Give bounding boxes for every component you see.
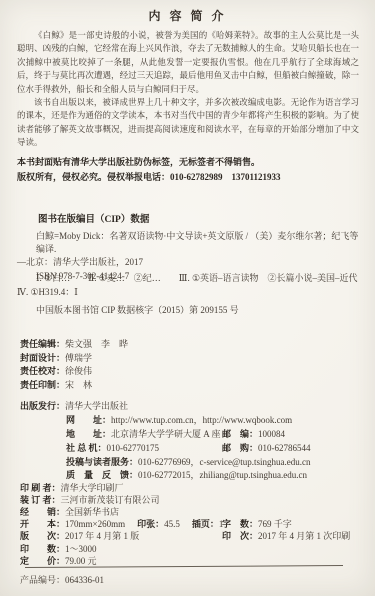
pub-value: http://www.tup.com.cn，http://www.wqbook.… (111, 415, 292, 425)
product-label: 产品编号： (20, 575, 65, 585)
pub-label: 装 订 者： (20, 495, 61, 505)
cip-classification: Ⅰ. ①白… Ⅱ. ①麦… ②纪… Ⅲ. ①英语–语言读物 ②长篇小说–美国–近… (17, 272, 367, 299)
pub-value: 010-62786544 (258, 443, 311, 453)
pub-value: 010-62776969，c-service@tup.tsinghua.edu.… (138, 457, 311, 467)
staff-value: 傅瑞学 (65, 353, 92, 363)
pub-row-address: 地 址：北京清华大学学研大厦 A 座邮 编：100084 (66, 427, 365, 440)
pub-col2: 印 次：2017 年 4 月第 1 次印刷 (222, 529, 350, 542)
cip-entry-line-2: —北京：清华大学出版社，2017 (17, 256, 365, 269)
staff-value: 宋 林 (65, 380, 92, 390)
pub-label: 社 总 机： (66, 443, 107, 453)
pub-label: 邮 编： (222, 429, 258, 439)
pub-label: 出版发行： (20, 401, 65, 411)
staff-label: 封面设计： (20, 353, 65, 363)
summary-paragraph-2: 该书自出版以来，被译成世界上几十种文字，并多次被改编成电影。无论作为语言学习的课… (17, 96, 359, 150)
pub-col2: 邮 购：010-62786544 (222, 441, 311, 454)
pub-value: 2017 年 4 月第 1 版 (65, 531, 139, 541)
staff-row-editor: 责任编辑：柴文强 李 晔 (20, 338, 128, 352)
pub-label: 投稿与读者服务： (66, 457, 138, 467)
pub-seg: 印张：45.5 (137, 519, 180, 529)
notice-line-1: 本书封面贴有清华大学出版社防伪标签，无标签者不得销售。 (17, 155, 367, 170)
page-title: 内 容 简 介 (0, 7, 375, 24)
staff-row-print-supervisor: 责任印制：宋 林 (20, 379, 128, 393)
pub-label: 质 量 反 馈： (66, 470, 138, 480)
pub-col2: 邮 编：100084 (222, 427, 285, 440)
pub-label: 插页： (192, 519, 219, 529)
staff-value: 柴文强 李 晔 (65, 339, 128, 349)
pub-label: 印 次： (222, 531, 258, 541)
pub-value: 010-62772015，zhiliang@tup.tsinghua.edu.c… (138, 470, 307, 480)
cip-class-line-1: Ⅰ. ①白… Ⅱ. ①麦… ②纪… Ⅲ. ①英语–语言读物 ②长篇小说–美国–近… (17, 272, 367, 286)
cip-class-line-2: Ⅳ. ①H319.4：Ⅰ (17, 286, 367, 300)
pub-label: 印 数： (20, 544, 65, 554)
pub-value: 清华大学出版社 (65, 401, 128, 411)
pub-value: 100084 (258, 429, 285, 439)
staff-label: 责任校对： (20, 366, 65, 376)
pub-value: 三河市新茂装订有限公司 (61, 495, 160, 505)
pub-label: 网 址： (66, 415, 111, 425)
staff-value: 徐俊伟 (65, 366, 92, 376)
staff-row-proofreader: 责任校对：徐俊伟 (20, 365, 128, 379)
book-copyright-page: 内 容 简 介 《白鲸》是一部史诗般的小说，被誉为美国的《哈姆莱特》。故事的主人… (0, 0, 375, 596)
pub-value: 清华大学印刷厂 (61, 483, 124, 493)
staff-credits: 责任编辑：柴文强 李 晔 封面设计：傅瑞学 责任校对：徐俊伟 责任印制：宋 林 (20, 338, 128, 392)
pub-label: 开 本： (20, 519, 65, 529)
cip-heading: 图书在版编目（CIP）数据 (38, 211, 149, 225)
pub-row-publisher: 出版发行：清华大学出版社 (20, 399, 365, 412)
summary-paragraph-1: 《白鲸》是一部史诗般的小说，被誉为美国的《哈姆莱特》。故事的主人公莫比是一头聪明… (17, 29, 359, 96)
staff-label: 责任印制： (20, 380, 65, 390)
pub-value: 45.5 (164, 519, 180, 529)
pub-label: 定 价： (20, 556, 65, 566)
pub-label: 邮 购： (222, 443, 258, 453)
pub-row-reader-service: 投稿与读者服务：010-62776969，c-service@tup.tsing… (66, 455, 365, 468)
content-summary: 《白鲸》是一部史诗般的小说，被誉为美国的《哈姆莱特》。故事的主人公莫比是一头聪明… (17, 29, 359, 150)
product-value: 064336-01 (65, 575, 104, 585)
cip-entry-line-1: 白鲸=Moby Dick：名著双语读物·中文导读+英文原版 / （美）麦尔维尔著… (17, 230, 365, 256)
pub-value: 2017 年 4 月第 1 次印刷 (258, 531, 350, 541)
staff-row-cover-design: 封面设计：傅瑞学 (20, 352, 128, 366)
pub-value: 170mm×260mm (65, 519, 125, 529)
pub-row-quality-feedback: 质 量 反 馈：010-62772015，zhiliang@tup.tsingh… (66, 468, 365, 481)
pub-value: 769 千字 (258, 519, 292, 529)
product-number: 产品编号：064336-01 (20, 573, 104, 586)
pub-value: 全国新华书店 (65, 507, 119, 517)
pub-label: 经 销： (20, 507, 65, 517)
anti-piracy-notice: 本书封面贴有清华大学出版社防伪标签，无标签者不得销售。 版权所有，侵权必究。侵权… (17, 155, 367, 185)
pub-row-switchboard: 社 总 机：010-62770175邮 购：010-62786544 (66, 441, 365, 454)
pub-row-edition: 版 次：2017 年 4 月第 1 版印 次：2017 年 4 月第 1 次印刷 (20, 529, 365, 542)
pub-label: 地 址： (66, 429, 111, 439)
pub-value: 北京清华大学学研大厦 A 座 (111, 429, 221, 439)
pub-label: 版 次： (20, 531, 65, 541)
pub-value: 79.00 元 (65, 556, 97, 566)
pub-label: 字 数： (222, 519, 258, 529)
notice-line-2: 版权所有，侵权必究。侵权举报电话：010-62782989 1370112193… (17, 170, 367, 185)
pub-label: 印张： (137, 519, 164, 529)
pub-label: 印 刷 者： (20, 483, 61, 493)
pub-value: 1～3000 (65, 544, 97, 554)
cip-record-number: 中国版本图书馆 CIP 数据核字（2015）第 209155 号 (36, 303, 239, 316)
pub-row-website: 网 址：http://www.tup.com.cn，http://www.wqb… (66, 413, 365, 426)
pub-seg: 插页：1 (192, 519, 224, 529)
staff-label: 责任编辑： (20, 339, 65, 349)
pub-value: 010-62770175 (107, 443, 160, 453)
